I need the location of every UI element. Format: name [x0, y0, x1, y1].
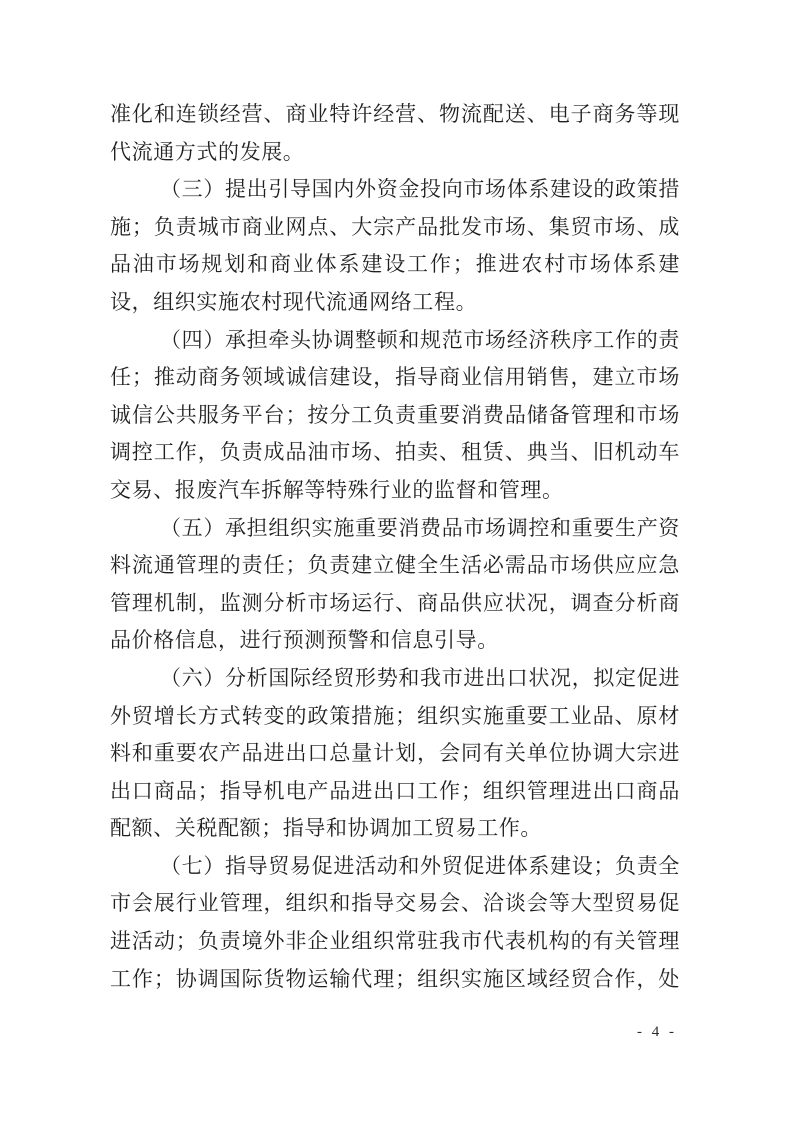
text-line: 品油市场规划和商业体系建设工作；推进农村市场体系建 [110, 246, 680, 284]
text-line: 设，组织实施农村现代流通网络工程。 [110, 284, 680, 322]
text-line: （七）指导贸易促进活动和外贸促进体系建设；负责全 [110, 848, 680, 886]
text-line: 配额、关税配额；指导和协调加工贸易工作。 [110, 810, 680, 848]
text-line: （三）提出引导国内外资金投向市场体系建设的政策措 [110, 171, 680, 209]
text-line: （五）承担组织实施重要消费品市场调控和重要生产资 [110, 510, 680, 548]
text-line: 外贸增长方式转变的政策措施；组织实施重要工业品、原材 [110, 698, 680, 736]
text-line: 料和重要农产品进出口总量计划，会同有关单位协调大宗进 [110, 735, 680, 773]
text-line: 进活动；负责境外非企业组织常驻我市代表机构的有关管理 [110, 923, 680, 961]
paragraph: 准化和连锁经营、商业特许经营、物流配送、电子商务等现代流通方式的发展。 [110, 96, 680, 171]
paragraph: （六）分析国际经贸形势和我市进出口状况，拟定促进外贸增长方式转变的政策措施；组织… [110, 660, 680, 848]
text-line: 料流通管理的责任；负责建立健全生活必需品市场供应应急 [110, 547, 680, 585]
text-line: 交易、报废汽车拆解等特殊行业的监督和管理。 [110, 472, 680, 510]
paragraph: （三）提出引导国内外资金投向市场体系建设的政策措施；负责城市商业网点、大宗产品批… [110, 171, 680, 321]
text-line: 任；推动商务领域诚信建设，指导商业信用销售，建立市场 [110, 359, 680, 397]
text-line: 品价格信息，进行预测预警和信息引导。 [110, 622, 680, 660]
paragraph: （四）承担牵头协调整顿和规范市场经济秩序工作的责任；推动商务领域诚信建设，指导商… [110, 322, 680, 510]
page-number: - 4 - [637, 1024, 677, 1041]
text-line: 准化和连锁经营、商业特许经营、物流配送、电子商务等现 [110, 96, 680, 134]
text-line: （四）承担牵头协调整顿和规范市场经济秩序工作的责 [110, 322, 680, 360]
text-line: 施；负责城市商业网点、大宗产品批发市场、集贸市场、成 [110, 209, 680, 247]
text-line: 市会展行业管理，组织和指导交易会、洽谈会等大型贸易促 [110, 885, 680, 923]
text-line: 代流通方式的发展。 [110, 134, 680, 172]
document-page: 准化和连锁经营、商业特许经营、物流配送、电子商务等现代流通方式的发展。（三）提出… [0, 0, 793, 1122]
text-line: （六）分析国际经贸形势和我市进出口状况，拟定促进 [110, 660, 680, 698]
text-line: 调控工作，负责成品油市场、拍卖、租赁、典当、旧机动车 [110, 434, 680, 472]
document-body: 准化和连锁经营、商业特许经营、物流配送、电子商务等现代流通方式的发展。（三）提出… [110, 96, 680, 998]
text-line: 管理机制，监测分析市场运行、商品供应状况，调查分析商 [110, 585, 680, 623]
text-line: 出口商品；指导机电产品进出口工作；组织管理进出口商品 [110, 773, 680, 811]
paragraph: （五）承担组织实施重要消费品市场调控和重要生产资料流通管理的责任；负责建立健全生… [110, 510, 680, 660]
text-line: 诚信公共服务平台；按分工负责重要消费品储备管理和市场 [110, 397, 680, 435]
paragraph: （七）指导贸易促进活动和外贸促进体系建设；负责全市会展行业管理，组织和指导交易会… [110, 848, 680, 998]
text-line: 工作；协调国际货物运输代理；组织实施区域经贸合作，处 [110, 961, 680, 999]
